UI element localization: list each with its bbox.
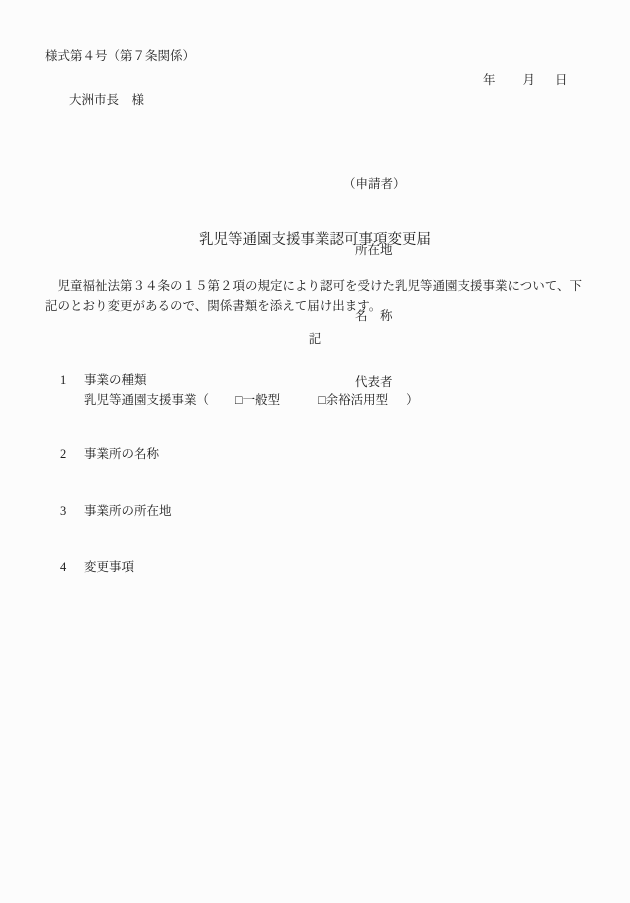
document-page: 様式第４号（第７条関係） 年月日 大洲市長 様 （申請者） 所在地 名 称 代表…	[0, 0, 630, 903]
item-1-number: 1	[60, 373, 84, 388]
item-business-type: 1事業の種類	[60, 373, 147, 388]
checkbox-general-icon: □	[235, 393, 243, 407]
applicant-label: （申請者）	[343, 173, 406, 195]
item-1-label: 事業の種類	[84, 373, 147, 387]
option-general-label: 一般型	[243, 393, 281, 407]
form-number: 様式第４号（第７条関係）	[45, 49, 195, 64]
item-3-number: 3	[60, 504, 84, 519]
applicant-representative-label: 代表者	[343, 371, 406, 393]
option-general: □一般型	[235, 393, 280, 407]
item-1-detail-prefix: 乳児等通園支援事業（	[84, 393, 209, 407]
item-3-label: 事業所の所在地	[84, 504, 172, 518]
date-day-label: 日	[555, 73, 568, 87]
item-1-detail-suffix: ）	[406, 393, 419, 407]
item-1-detail-line: 乳児等通園支援事業（□一般型□余裕活用型）	[84, 393, 419, 408]
ki-label: 記	[0, 332, 630, 347]
document-title: 乳児等通園支援事業認可事項変更届	[0, 232, 630, 249]
item-4-number: 4	[60, 560, 84, 575]
addressee: 大洲市長 様	[69, 93, 144, 108]
item-office-location: 3事業所の所在地	[60, 504, 172, 519]
option-yoyu-katsuyo: □余裕活用型	[318, 393, 388, 407]
item-2-number: 2	[60, 447, 84, 462]
date-year-label: 年	[483, 73, 496, 87]
item-2-label: 事業所の名称	[84, 447, 159, 461]
date-line: 年月日	[483, 73, 568, 88]
item-office-name: 2事業所の名称	[60, 447, 159, 462]
checkbox-yoyu-katsuyo-icon: □	[318, 393, 326, 407]
date-month-label: 月	[523, 73, 536, 87]
body-paragraph: 児童福祉法第３４条の１５第２項の規定により認可を受けた乳児等通園支援事業について…	[45, 276, 584, 316]
item-changed-matters: 4変更事項	[60, 560, 134, 575]
item-4-label: 変更事項	[84, 560, 134, 574]
option-yoyu-katsuyo-label: 余裕活用型	[326, 393, 389, 407]
